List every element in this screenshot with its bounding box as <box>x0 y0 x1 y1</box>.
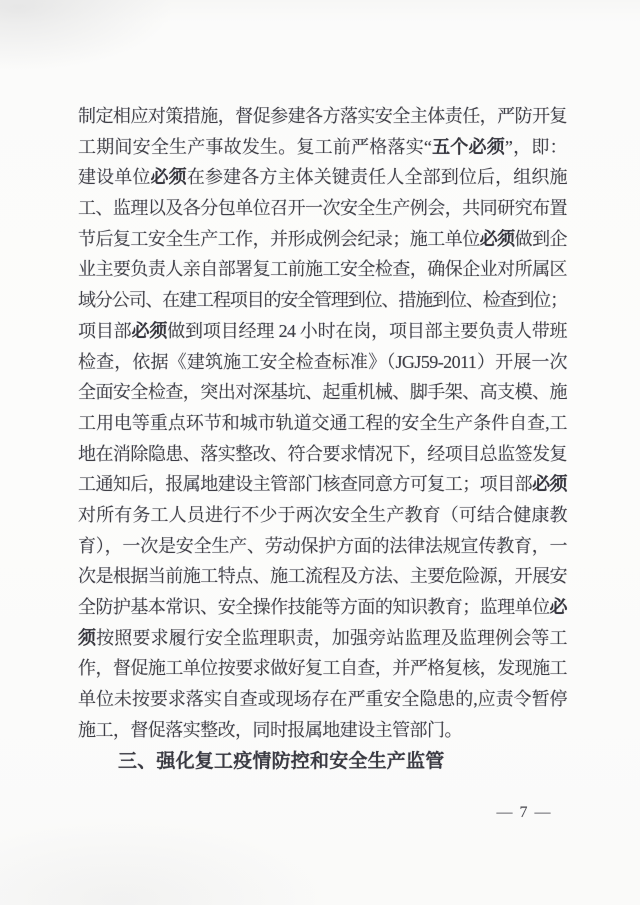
text-line: 工期间安全生产事故发生。复工前严格落实“五个必须”，即： <box>78 132 567 163</box>
text-run: 施工，督促落实整改，同时报属地建设主管部门。 <box>78 720 462 740</box>
document-body-text: 制定相应对策措施，督促参建各方落实安全主体责任，严防开复工期间安全生产事故发生。… <box>78 101 567 745</box>
text-run: 全面安全检查，突出对深基坑、起重机械、脚手架、高支模、施 <box>78 382 567 402</box>
text-line: 全防护基本常识、安全操作技能等方面的知识教育；监理单位必 <box>78 592 567 623</box>
text-line: 作，督促施工单位按要求做好复工自查，并严格复核，发现施工 <box>78 653 567 684</box>
text-run: 制定相应对策措施，督促参建各方落实安全主体责任，严防开复 <box>78 106 567 126</box>
emphasized-text-run: 必须 <box>532 474 567 494</box>
text-line: 建设单位必须在参建各方主体关键责任人全部到位后，组织施 <box>78 162 567 193</box>
emphasized-text-run: 必 <box>550 597 567 617</box>
text-line: 次是根据当前施工特点、施工流程及方法、主要危险源，开展安 <box>78 561 567 592</box>
text-run: 建设单位 <box>78 167 151 187</box>
page-number: — 7 — <box>497 802 553 824</box>
text-line: 须按照要求履行安全监理职责，加强旁站监理及监理例会等工 <box>78 623 567 654</box>
text-line: 项目部必须做到项目经理 24 小时在岗，项目部主要负责人带班 <box>78 316 567 347</box>
text-run: 作，督促施工单位按要求做好复工自查，并严格复核，发现施工 <box>78 658 567 678</box>
text-line: 工通知后，报属地建设主管部门核查同意方可复工；项目部必须 <box>78 469 567 500</box>
text-run: 节后复工安全生产工作，并形成例会纪录；施工单位 <box>78 229 480 249</box>
text-line: 节后复工安全生产工作，并形成例会纪录；施工单位必须做到企 <box>78 224 567 255</box>
text-line: 地在消除隐患、落实整改、符合要求情况下，经项目总监签发复 <box>78 439 567 470</box>
text-line: 施工，督促落实整改，同时报属地建设主管部门。 <box>78 715 567 746</box>
text-run: 工用电等重点环节和城市轨道交通工程的安全生产条件自查,工 <box>78 413 567 433</box>
text-line: 制定相应对策措施，督促参建各方落实安全主体责任，严防开复 <box>78 101 567 132</box>
text-line: 业主要负责人亲自部署复工前施工安全检查，确保企业对所属区 <box>78 254 567 285</box>
text-run: 在参建各方主体关键责任人全部到位后，组织施 <box>187 167 567 187</box>
text-run: 做到项目经理 24 小时在岗，项目部主要负责人带班 <box>167 321 567 341</box>
text-run: 育），一次是安全生产、劳动保护方面的法律法规宣传教育，一 <box>78 536 567 556</box>
text-line: 域分公司、在建工程项目的安全管理到位、措施到位、检查到位； <box>78 285 567 316</box>
text-run: 工期间安全生产事故发生。复工前严格落实“ <box>78 137 431 157</box>
text-run: 业主要负责人亲自部署复工前施工安全检查，确保企业对所属区 <box>78 259 567 279</box>
emphasized-text-run: 必须 <box>132 321 168 341</box>
text-run: 对所有务工人员进行不少于两次安全生产教育（可结合健康教 <box>78 505 567 525</box>
text-run: 工、监理以及各分包单位召开一次安全生产例会，共同研究布置 <box>78 198 567 218</box>
text-line: 工用电等重点环节和城市轨道交通工程的安全生产条件自查,工 <box>78 408 567 439</box>
text-run: 项目部 <box>78 321 132 341</box>
emphasized-text-run: 必须 <box>480 229 515 249</box>
text-line: 全面安全检查，突出对深基坑、起重机械、脚手架、高支模、施 <box>78 377 567 408</box>
text-run: 单位未按要求落实自查或现场存在严重安全隐患的,应责令暂停 <box>78 689 567 709</box>
text-run: 全防护基本常识、安全操作技能等方面的知识教育；监理单位 <box>78 597 550 617</box>
text-line: 单位未按要求落实自查或现场存在严重安全隐患的,应责令暂停 <box>78 684 567 715</box>
text-run: 做到企 <box>515 229 567 249</box>
emphasized-text-run: 须 <box>78 628 96 648</box>
text-run: ”，即： <box>505 137 567 157</box>
text-line: 工、监理以及各分包单位召开一次安全生产例会，共同研究布置 <box>78 193 567 224</box>
text-run: 检查，依据《建筑施工安全检查标准》（JGJ59-2011）开展一次 <box>78 352 567 372</box>
scanned-document-page: 制定相应对策措施，督促参建各方落实安全主体责任，严防开复工期间安全生产事故发生。… <box>0 0 640 905</box>
text-run: 按照要求履行安全监理职责，加强旁站监理及监理例会等工 <box>96 628 567 648</box>
emphasized-text-run: 五个必须 <box>431 137 505 157</box>
section-heading: 三、强化复工疫情防控和安全生产监管 <box>78 746 567 777</box>
text-line: 育），一次是安全生产、劳动保护方面的法律法规宣传教育，一 <box>78 531 567 562</box>
text-line: 检查，依据《建筑施工安全检查标准》（JGJ59-2011）开展一次 <box>78 347 567 378</box>
text-run: 地在消除隐患、落实整改、符合要求情况下，经项目总监签发复 <box>78 444 567 464</box>
text-run: 次是根据当前施工特点、施工流程及方法、主要危险源，开展安 <box>78 566 567 586</box>
text-line: 对所有务工人员进行不少于两次安全生产教育（可结合健康教 <box>78 500 567 531</box>
text-run: 域分公司、在建工程项目的安全管理到位、措施到位、检查到位； <box>78 290 567 310</box>
emphasized-text-run: 必须 <box>151 167 187 187</box>
text-run: 工通知后，报属地建设主管部门核查同意方可复工；项目部 <box>78 474 532 494</box>
